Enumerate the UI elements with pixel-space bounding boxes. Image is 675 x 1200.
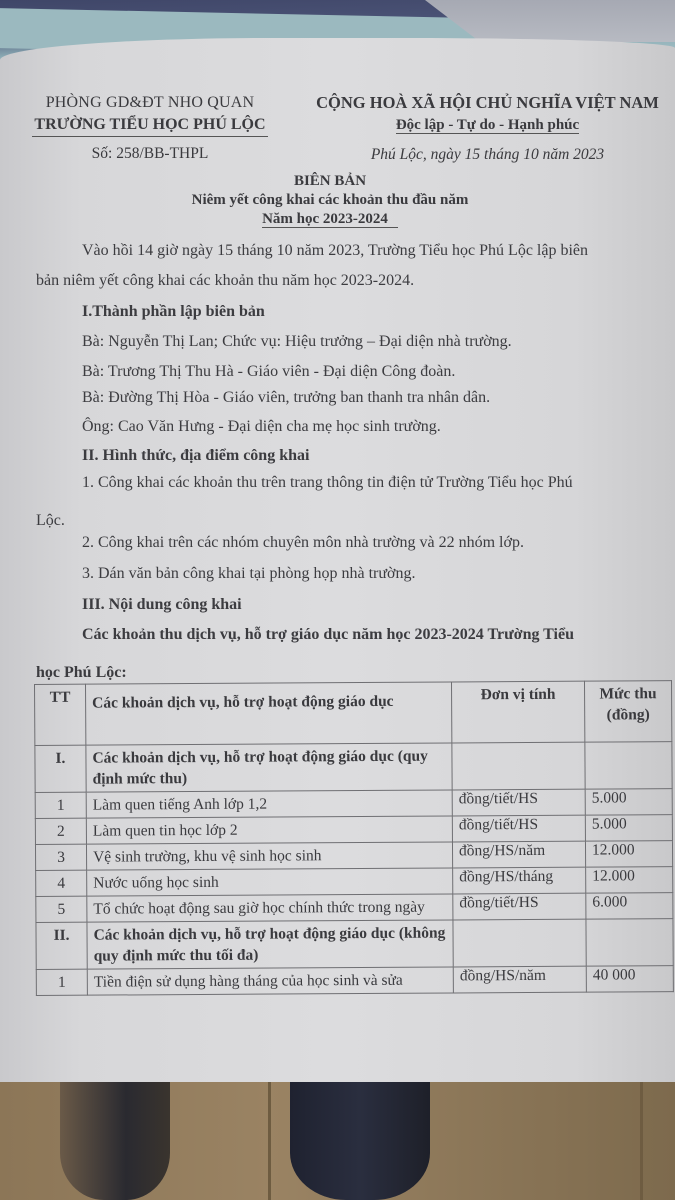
row-tt: 1 (36, 969, 87, 995)
row-unit: đồng/HS/tháng (453, 867, 586, 894)
row-item: Làm quen tin học lớp 2 (86, 816, 452, 844)
section-heading: III. Nội dung công khai (82, 596, 242, 614)
member-item: Bà: Đường Thị Hòa - Giáo viên, trưởng ba… (82, 389, 490, 407)
row-item: Làm quen tiếng Anh lớp 1,2 (86, 790, 452, 818)
table-section-row: II.Các khoản dịch vụ, hỗ trợ hoạt động g… (36, 919, 673, 970)
row-tt: 2 (35, 818, 86, 844)
floor-seam (640, 1082, 643, 1200)
member-item: Bà: Nguyễn Thị Lan; Chức vụ: Hiệu trưởng… (82, 333, 512, 351)
section-unit (453, 919, 586, 967)
school-name: TRƯỜNG TIỂU HỌC PHÚ LỘC (32, 114, 267, 137)
table-row: 5Tổ chức hoạt động sau giờ học chính thứ… (36, 893, 673, 923)
national-header: CỘNG HOÀ XÃ HỘI CHỦ NGHĨA VIỆT NAM Độc l… (300, 92, 675, 166)
national-motto: Độc lập - Tự do - Hạnh phúc (396, 117, 579, 134)
row-item: Tiền điện sử dụng hàng tháng của học sin… (87, 967, 453, 995)
row-unit: đồng/tiết/HS (453, 893, 586, 920)
header-unit: Đơn vị tính (451, 681, 584, 743)
row-amount: 40 000 (586, 966, 673, 993)
intro-line: bản niêm yết công khai các khoản thu năm… (36, 272, 414, 290)
school-year: Năm học 2023-2024 (262, 211, 398, 228)
intro-line: Vào hồi 14 giờ ngày 15 tháng 10 năm 2023… (82, 242, 588, 260)
fees-table: TT Các khoản dịch vụ, hỗ trợ hoạt động g… (34, 680, 674, 996)
row-unit: đồng/tiết/HS (452, 815, 585, 842)
disclosure-item: 2. Công khai trên các nhóm chuyên môn nh… (82, 534, 524, 552)
row-item: Nước uống học sinh (87, 868, 453, 896)
row-amount: 5.000 (585, 789, 672, 816)
header-item: Các khoản dịch vụ, hỗ trợ hoạt động giáo… (86, 682, 452, 745)
place-date: Phú Lộc, ngày 15 tháng 10 năm 2023 (300, 144, 675, 166)
floor-seam (268, 1082, 271, 1200)
section-amount (586, 919, 673, 967)
header-amount: Mức thu (đồng) (584, 681, 671, 743)
table-row: 3Vệ sinh trường, khu vệ sinh học sinhđồn… (35, 841, 672, 871)
section-amount (585, 742, 672, 790)
nation-name: CỘNG HOÀ XÃ HỘI CHỦ NGHĨA VIỆT NAM (300, 92, 675, 114)
department-name: PHÒNG GD&ĐT NHO QUAN (0, 92, 300, 114)
table-row: 1Tiền điện sử dụng hàng tháng của học si… (36, 966, 673, 996)
table-row: 2Làm quen tin học lớp 2đồng/tiết/HS5.000 (35, 815, 672, 845)
table-row: 4Nước uống học sinhđồng/HS/tháng12.000 (36, 867, 673, 897)
row-unit: đồng/tiết/HS (452, 789, 585, 816)
disclosure-item: 1. Công khai các khoản thu trên trang th… (82, 474, 573, 492)
member-item: Bà: Trương Thị Thu Hà - Giáo viên - Đại … (82, 363, 455, 381)
row-tt: 5 (36, 896, 87, 922)
document-title-block: BIÊN BẢN Niêm yết công khai các khoản th… (100, 172, 560, 229)
section-title: Các khoản dịch vụ, hỗ trợ hoạt động giáo… (87, 920, 453, 969)
row-tt: 1 (35, 792, 86, 818)
row-amount: 5.000 (585, 815, 672, 842)
fees-lead-continued: học Phú Lộc: (36, 664, 127, 682)
table-row: 1Làm quen tiếng Anh lớp 1,2đồng/tiết/HS5… (35, 789, 672, 819)
fees-lead: Các khoản thu dịch vụ, hỗ trợ giáo dục n… (82, 626, 574, 644)
row-amount: 12.000 (586, 867, 673, 894)
row-amount: 6.000 (586, 893, 673, 920)
row-unit: đồng/HS/năm (452, 841, 585, 868)
row-item: Vệ sinh trường, khu vệ sinh học sinh (86, 842, 452, 870)
document-number: Số: 258/BB-THPL (0, 143, 300, 165)
row-tt: 4 (36, 870, 87, 896)
document-subtitle: Niêm yết công khai các khoản thu đầu năm (100, 191, 560, 210)
issuer-header: PHÒNG GD&ĐT NHO QUAN TRƯỜNG TIỂU HỌC PHÚ… (0, 92, 300, 165)
header-tt: TT (35, 684, 86, 745)
section-unit (452, 742, 585, 790)
document-title: BIÊN BẢN (100, 172, 560, 191)
row-unit: đồng/HS/năm (453, 966, 586, 993)
person-leg (60, 1082, 170, 1200)
section-heading: I.Thành phần lập biên bản (82, 303, 265, 321)
disclosure-item-continued: Lộc. (36, 512, 65, 530)
table-section-row: I.Các khoản dịch vụ, hỗ trợ hoạt động gi… (35, 742, 672, 793)
section-title: Các khoản dịch vụ, hỗ trợ hoạt động giáo… (86, 743, 452, 792)
member-item: Ông: Cao Văn Hưng - Đại diện cha mẹ học … (82, 418, 441, 436)
section-tt: II. (36, 922, 87, 969)
section-tt: I. (35, 745, 86, 792)
section-heading: II. Hình thức, địa điểm công khai (82, 447, 309, 465)
person-leg (290, 1082, 430, 1200)
row-tt: 3 (35, 844, 86, 870)
table-header-row: TT Các khoản dịch vụ, hỗ trợ hoạt động g… (35, 681, 672, 746)
disclosure-item: 3. Dán văn bản công khai tại phòng họp n… (82, 565, 416, 583)
row-item: Tổ chức hoạt động sau giờ học chính thức… (87, 894, 453, 922)
row-amount: 12.000 (585, 841, 672, 868)
